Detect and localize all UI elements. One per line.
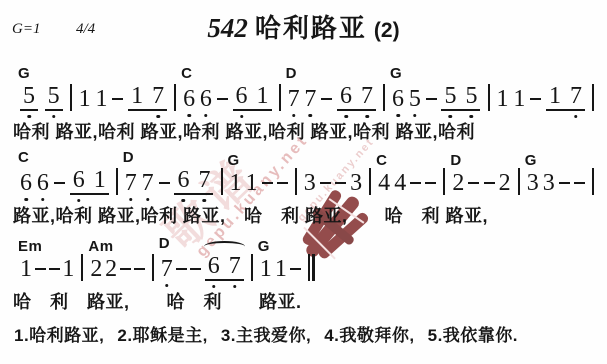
dash-extension [320,171,331,195]
dash-extension [559,171,570,195]
note: 1 [230,171,242,195]
beamed-notes: 67 [174,168,213,195]
dash-extension [468,171,479,195]
note: 5 [409,87,421,111]
note: 5 [465,84,477,108]
note: 6 [73,168,85,192]
music-system-1: G551117C6661D7767G65551117哈利 路亚,哈利 路亚,哈利… [13,84,594,144]
note: 1 [275,257,287,281]
note: 2 [452,171,464,195]
dash-extension [217,87,228,111]
note: 3 [527,171,539,195]
note: 1 [246,171,258,195]
chord-label: D [159,235,170,252]
music-system-2: C6661D7767G1133C44D22G33路亚,哈利 路亚,哈利 路亚, … [13,168,594,228]
beamed-notes: 61 [70,168,109,195]
measure: Em11 [13,257,81,281]
dash-extension [425,171,436,195]
beamed-notes: 17 [546,84,585,111]
dash-extension [484,171,495,195]
note: 1 [131,84,143,108]
note: 3 [350,171,362,195]
note: 1 [62,257,74,281]
chord-label: G [525,152,537,169]
music-system-3: Em11Am22D767G11哈 利 路亚, 哈 利 路亚. [13,254,315,314]
time-signature: 4/4 [76,21,95,38]
dash-extension [574,171,585,195]
beamed-notes: 55 [441,84,480,111]
measure: C6661 [13,168,116,195]
note: 7 [288,87,300,111]
notation-row: G551117C6661D7767G65551117 [13,84,594,111]
note: 7 [361,84,373,108]
dash-extension [290,257,301,281]
beamed-notes: 17 [128,84,167,111]
note: 7 [304,87,316,111]
note: 2 [90,257,102,281]
key-signature: G=1 [12,21,40,38]
notation-row: C6661D7767G1133C44D22G33 [13,168,594,195]
note: 7 [229,254,241,278]
note: 1 [549,84,561,108]
note: 6 [340,84,352,108]
note: 1 [79,87,91,111]
chord-label: D [123,149,134,166]
final-barline [308,254,315,281]
chord-label: C [376,152,387,169]
beamed-notes: 5 [20,84,38,111]
note: 6 [37,171,49,195]
measure: D7767 [281,84,383,111]
note: 6 [183,87,195,111]
note: 1 [95,87,107,111]
chord-label: Am [88,238,113,255]
chord-label: C [181,65,192,82]
note: 4 [378,171,390,195]
song-title-suffix: (2) [374,19,400,43]
note: 5 [48,84,60,108]
dash-extension [277,171,288,195]
dash-extension [54,171,65,195]
note: 3 [543,171,555,195]
note: 2 [499,171,511,195]
verse-item: 4.我敬拜你, [324,321,414,346]
note: 1 [257,84,269,108]
beamed-notes: 61 [233,84,272,111]
measure: 1117 [490,84,592,111]
measure: C44 [371,171,443,195]
note: 1 [20,257,32,281]
note: 1 [260,257,272,281]
measure: C6661 [176,84,278,111]
lyrics-line: 路亚,哈利 路亚,哈利 路亚, 哈 利 路亚, 哈 利 路亚, [13,202,594,228]
measure: G11 [253,257,308,281]
dash-extension [335,171,346,195]
chord-label: D [450,152,461,169]
sheet-music-page: 歌谱 gepu.kuany.net gepu.kuany.net G=1 4/4… [0,0,607,364]
dash-extension [190,257,201,281]
song-title-text: 哈利路亚 [255,8,367,45]
note: 6 [392,87,404,111]
beamed-notes: 5 [45,84,63,111]
note: 6 [208,254,220,278]
note: 1 [513,87,525,111]
barline [592,84,594,111]
verse-item: 2.耶稣是主, [117,321,207,346]
dash-extension [35,257,46,281]
note: 5 [23,84,35,108]
note: 6 [20,171,32,195]
chord-label: Em [18,238,42,255]
chord-label: D [286,65,297,82]
chord-label: G [390,65,402,82]
lyrics-line: 哈 利 路亚, 哈 利 路亚. [13,288,315,314]
measure: G6555 [385,84,487,111]
note: 1 [94,168,106,192]
dash-extension [530,87,541,111]
note: 7 [125,171,137,195]
measure: G55 [13,84,70,111]
measure: D767 [154,254,251,281]
measure: Am22 [83,257,151,281]
barline [592,168,594,195]
lyrics-line: 哈利 路亚,哈利 路亚,哈利 路亚,哈利 路亚,哈利 路亚,哈利 [13,118,594,144]
song-number: 542 [207,13,248,44]
dash-extension [426,87,437,111]
dash-extension [49,257,60,281]
page-title: 542 哈利路亚 (2) [207,8,399,45]
dash-extension [321,87,332,111]
verse-item: 5.我依靠你. [428,321,518,346]
verse-item: 1.哈利路亚, [14,321,104,346]
measure: G11 [223,171,295,195]
measure: 33 [297,171,369,195]
measure: D22 [445,171,517,195]
note: 4 [394,171,406,195]
dash-extension [120,257,131,281]
note: 1 [497,87,509,111]
dash-extension [410,171,421,195]
dash-extension [176,257,187,281]
dash-extension [159,171,170,195]
note: 7 [142,171,154,195]
measure: G33 [520,171,592,195]
dash-extension [134,257,145,281]
note: 6 [236,84,248,108]
note: 3 [304,171,316,195]
note: 7 [152,84,164,108]
verse-list: 1.哈利路亚,2.耶稣是主,3.主我爱你,4.我敬拜你,5.我依靠你. [14,321,518,346]
chord-label: G [258,238,270,255]
note: 5 [444,84,456,108]
beamed-notes-slur: 67 [205,254,244,281]
verse-item: 3.主我爱你, [221,321,311,346]
chord-label: G [18,65,30,82]
note: 7 [570,84,582,108]
chord-label: G [228,152,240,169]
beamed-notes: 67 [337,84,376,111]
note: 6 [200,87,212,111]
note: 2 [105,257,117,281]
measure: D7767 [118,168,221,195]
measure: 1117 [72,84,174,111]
chord-label: C [18,149,29,166]
note: 6 [177,168,189,192]
note: 7 [198,168,210,192]
dash-extension [112,87,123,111]
dash-extension [262,171,273,195]
notation-row: Em11Am22D767G11 [13,254,315,281]
note: 7 [161,257,173,281]
